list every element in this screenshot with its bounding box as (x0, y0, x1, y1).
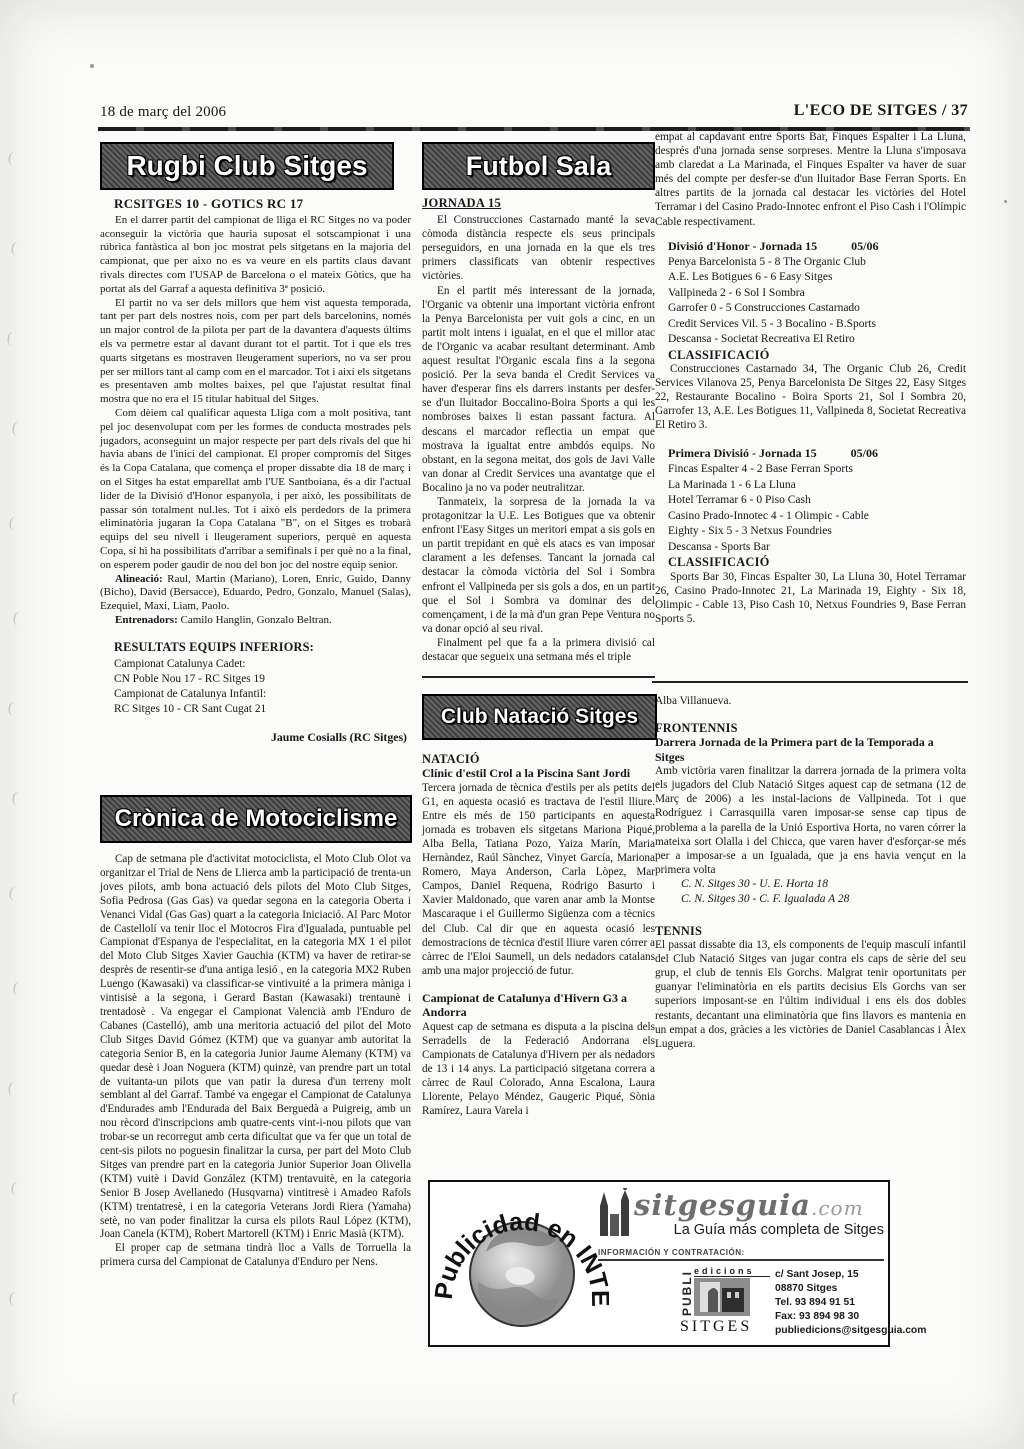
article-frontennis-tennis: Alba Villanueva. FRONTENNIS Darrera Jorn… (655, 694, 966, 1051)
match-result: Casino Prado-Innotec 4 - 1 Olimpic - Cab… (655, 509, 966, 525)
scan-artifact (10, 1180, 17, 1198)
classificacio-text: Construcciones Castarnado 34, The Organi… (655, 362, 966, 432)
article-futbol-continuation: empat al capdavant entre Sports Bar, Fin… (655, 130, 966, 626)
results-line: CN Poble Nou 17 - RC Sitges 19 (114, 672, 411, 687)
rugbi-paragraph: Com dèiem cal qualificar aquesta Lliga c… (100, 407, 411, 573)
results-line: Campionat de Catalunya Infantil: (114, 687, 411, 702)
natacio-paragraph: Aquest cap de setmana es disputa a la pi… (422, 1020, 655, 1119)
match-result: Credit Services Vil. 5 - 3 Bocalino - B.… (655, 317, 966, 333)
match-result: A.E. Les Botigues 6 - 6 Easy Sitges (655, 270, 966, 286)
moto-paragraph: El proper cap de setmana tindrà lloc a V… (100, 1242, 411, 1270)
natacio-continuation: Alba Villanueva. (655, 694, 966, 708)
masthead: L'ECO DE SITGES / 37 (794, 102, 968, 120)
futbol-paragraph: Finalment pel que fa a la primera divisi… (422, 636, 655, 664)
scan-artifact (11, 420, 18, 438)
scan-artifact (11, 790, 18, 808)
ad-info-label: INFORMACIÓN Y CONTRATACIÓN: (598, 1248, 884, 1261)
frontennis-result: C. N. Sitges 30 - U. E. Horta 18 (655, 877, 966, 893)
tennis-title: TENNIS (655, 924, 966, 938)
standings-primera-divisio: Primera Divisió - Jornada 15 05/06 Finca… (655, 446, 966, 626)
newspaper-page: 18 de març del 2006 L'ECO DE SITGES / 37… (0, 0, 1024, 1449)
scan-speck (90, 64, 94, 68)
headline-cronica-motociclisme: Crònica de Motociclisme (100, 795, 412, 843)
brand-tld-text: .com (811, 1196, 864, 1220)
match-result: Descansa - Societat Recreativa El Retiro (655, 332, 966, 348)
contact-line: publiedicions@sitgesguia.com (775, 1324, 885, 1338)
standings-divisio-honor: Divisió d'Honor - Jornada 15 05/06 Penya… (655, 239, 966, 433)
headline-futbol-sala: Futbol Sala (422, 142, 655, 190)
natacio-section-title: NATACIÓ (422, 752, 655, 766)
scan-artifact (7, 1080, 14, 1098)
advertisement-sitgesguia: Publicidad en INTERNET? sitgesguia.com L… (428, 1180, 890, 1347)
futbol-paragraph: El Construcciones Castarnado manté la se… (422, 213, 655, 283)
futbol-paragraph: Tanmateix, la sorpresa de la jornada la … (422, 495, 655, 636)
coaches-label: Entrenadors: (115, 614, 178, 626)
scan-artifact (7, 700, 14, 718)
scan-artifact (6, 330, 13, 348)
byline: Jaume Cosialls (RC Sitges) (100, 731, 411, 745)
contact-line: 08870 Sitges (775, 1282, 885, 1296)
match-result: Descansa - Sports Bar (655, 540, 966, 556)
results-line: RC Sitges 10 - CR Sant Cugat 21 (114, 702, 411, 717)
article-natacio: NATACIÓ Clínic d'estil Crol a la Piscina… (422, 752, 655, 1119)
headline-club-natacio-sitges: Club Natació Sitges (422, 694, 657, 740)
frontennis-paragraph: Amb victòria varen finalitzar la darrera… (655, 764, 966, 877)
results-title: RESULTATS EQUIPS INFERIORS: (114, 641, 411, 655)
scan-artifact (11, 1390, 18, 1408)
lineup-label: Alineació: (115, 573, 163, 585)
article-rugbi: RCSITGES 10 - GOTICS RC 17 En el darrer … (100, 197, 411, 744)
match-result: Eighty - Six 5 - 3 Netxus Foundries (655, 524, 966, 540)
match-result: Garrofer 0 - 5 Construcciones Castarnado (655, 301, 966, 317)
rugbi-coaches: Entrenadors: Camilo Hanglin, Gonzalo Bel… (100, 614, 411, 628)
contact-line: Fax: 93 894 98 30 (775, 1310, 885, 1324)
contact-line: Tel. 93 894 91 51 (775, 1296, 885, 1310)
rugbi-score-header: RCSITGES 10 - GOTICS RC 17 (114, 197, 411, 211)
brand-script-text: sitgesguia (634, 1188, 811, 1222)
publisher-vertical-text: PUBLI (680, 1266, 694, 1316)
frontennis-title: FRONTENNIS (655, 721, 966, 735)
scan-speck (1004, 200, 1007, 203)
scan-artifact (12, 610, 19, 628)
match-result: Fincas Espalter 4 - 2 Base Ferran Sports (655, 462, 966, 478)
tennis-paragraph: El passat dissabte dia 13, els component… (655, 938, 966, 1051)
scan-artifact (8, 1290, 15, 1308)
standings-title-text: Divisió d'Honor - Jornada 15 (668, 239, 817, 253)
coaches-text: Camilo Hanglin, Gonzalo Beltran. (178, 614, 332, 626)
classificacio-label: CLASSIFICACIÓ (655, 348, 966, 362)
contact-line: c/ Sant Josep, 15 (775, 1268, 885, 1282)
standings-title: Divisió d'Honor - Jornada 15 05/06 (655, 239, 966, 253)
natacio-paragraph: Tercera jornada de tècnica d'estils per … (422, 781, 655, 978)
ad-tagline: La Guía más completa de Sitges (598, 1222, 884, 1238)
headline-rugbi-club-sitges: Rugbi Club Sitges (100, 142, 394, 190)
frontennis-subtitle: Darrera Jornada de la Primera part de la… (655, 735, 966, 764)
classificacio-label: CLASSIFICACIÓ (655, 555, 966, 569)
scan-artifact (7, 150, 14, 168)
scan-artifact (8, 515, 15, 533)
match-result: Penya Barcelonista 5 - 8 The Organic Clu… (655, 255, 966, 271)
article-motociclisme: Cap de setmana ple d'activitat motocicli… (100, 853, 411, 1270)
natacio-sub2-title: Campionat de Catalunya d'Hivern G3 a And… (422, 991, 655, 1020)
ad-contact-block: c/ Sant Josep, 15 08870 Sitges Tel. 93 8… (775, 1268, 885, 1338)
rugbi-paragraph: En el darrer partit del campionat de lli… (100, 214, 411, 297)
scan-artifact (12, 980, 19, 998)
moto-paragraph: Cap de setmana ple d'activitat motocicli… (100, 853, 411, 1242)
standings-title: Primera Divisió - Jornada 15 05/06 (655, 446, 966, 460)
futbol-paragraph: En el partit més interessant de la jorna… (422, 284, 655, 495)
publisher-logo: PUBLI edicions SITGES (680, 1266, 770, 1336)
lower-teams-results: RESULTATS EQUIPS INFERIORS: Campionat Ca… (100, 641, 411, 717)
article-futbol-sala: JORNADA 15 El Construcciones Castarnado … (422, 196, 655, 664)
section-divider (422, 676, 655, 678)
globe-icon: Publicidad en INTERNET? (434, 1182, 609, 1342)
ad-brand-name: sitgesguia.com (634, 1188, 864, 1222)
frontennis-result: C. N. Sitges 30 - C. F. Igualada A 28 (655, 892, 966, 908)
match-result: Hotel Terramar 6 - 0 Piso Cash (655, 493, 966, 509)
match-result: Vallpineda 2 - 6 Sol I Sombra (655, 286, 966, 302)
classificacio-text: Sports Bar 30, Fincas Espalter 30, La Ll… (655, 570, 966, 626)
standings-season: 05/06 (851, 239, 878, 253)
rugbi-paragraph: El partit no va ser dels millors que hem… (100, 297, 411, 407)
section-divider (652, 681, 968, 683)
publisher-sitges-text: SITGES (680, 1318, 770, 1336)
match-result: La Marinada 1 - 6 La Lluna (655, 478, 966, 494)
building-icon (694, 1278, 750, 1316)
scan-artifact (8, 885, 15, 903)
jornada-title: JORNADA 15 (422, 196, 655, 210)
standings-season: 05/06 (851, 446, 878, 460)
rugbi-lineup: Alineació: Raul, Martin (Mariano), Loren… (100, 573, 411, 614)
page-date: 18 de març del 2006 (100, 104, 226, 121)
results-line: Campionat Catalunya Cadet: (114, 657, 411, 672)
natacio-sub1-title: Clínic d'estil Crol a la Piscina Sant Jo… (422, 766, 655, 781)
continuation-paragraph: empat al capdavant entre Sports Bar, Fin… (655, 130, 966, 229)
publisher-edicions-text: edicions (694, 1266, 770, 1277)
standings-title-text: Primera Divisió - Jornada 15 (668, 446, 817, 460)
scan-artifact (10, 240, 17, 258)
